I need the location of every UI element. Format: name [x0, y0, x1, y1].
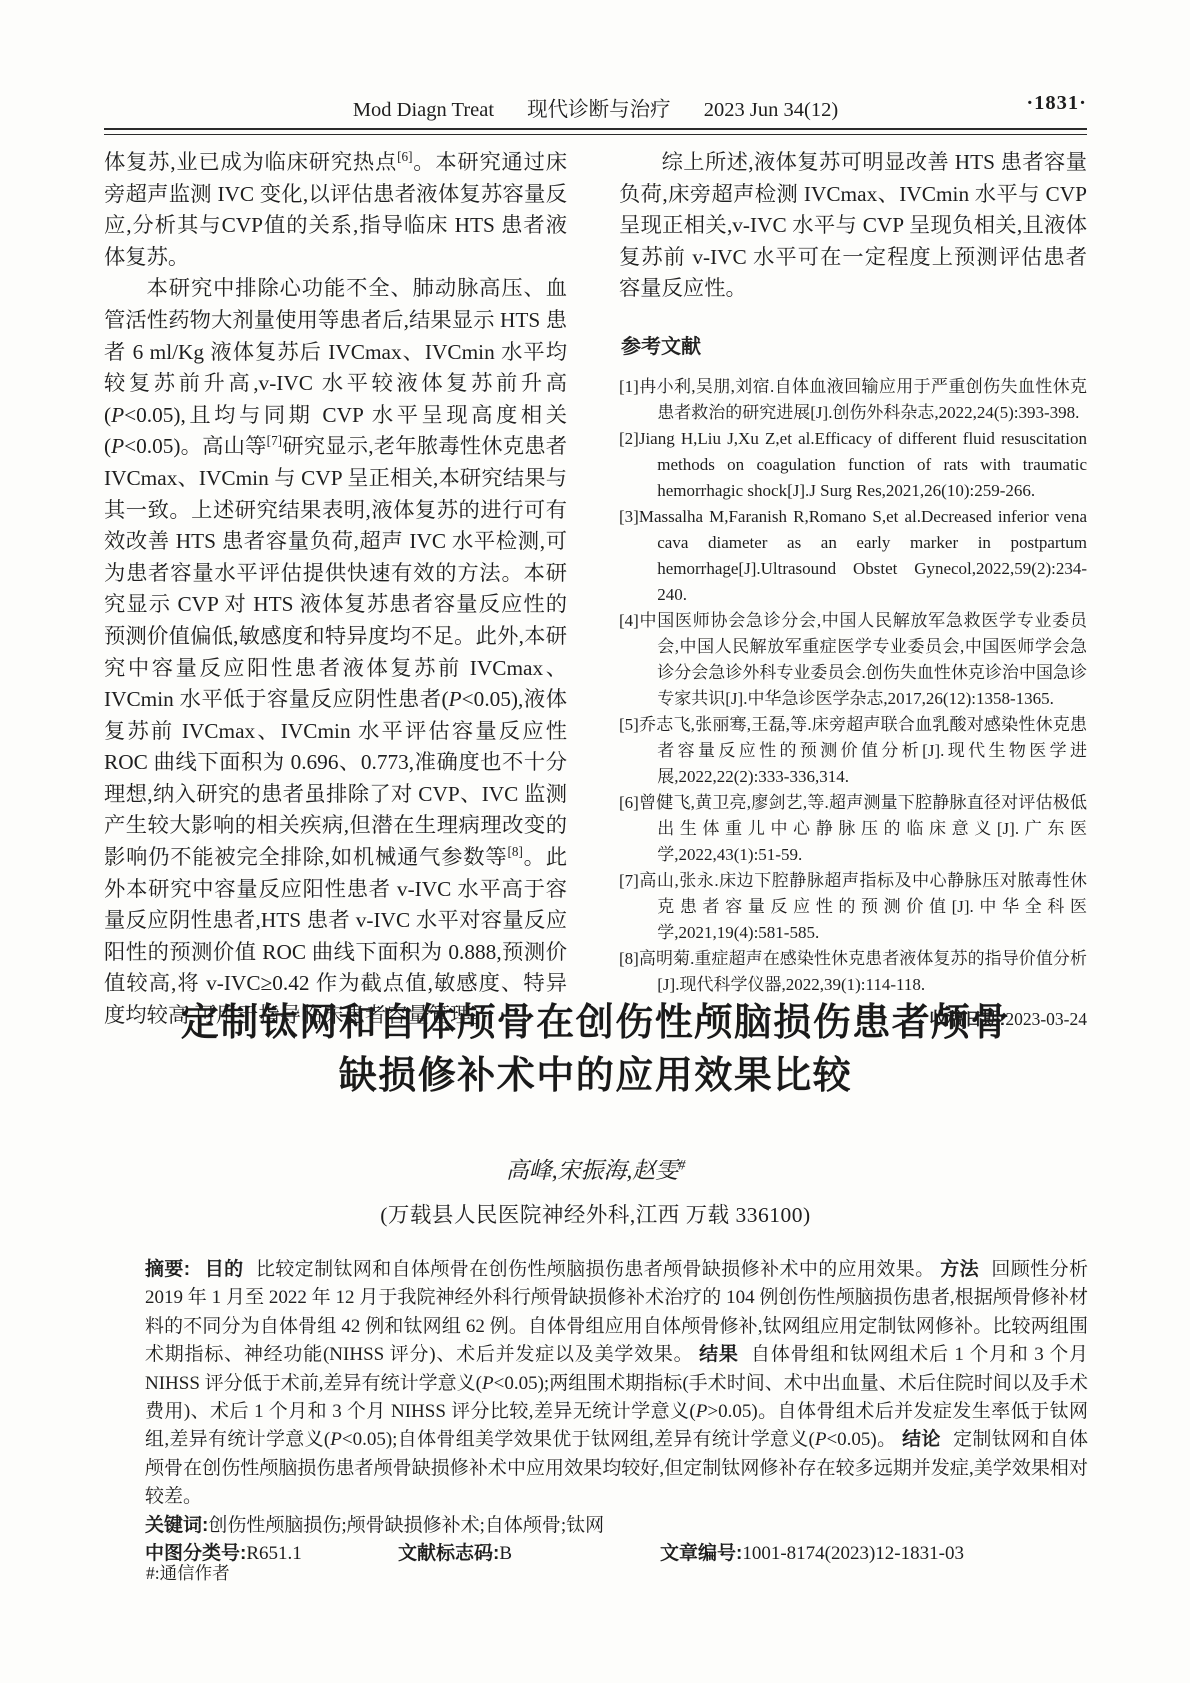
- article-title: 定制钛网和自体颅骨在创伤性颅脑损伤患者颅骨 缺损修补术中的应用效果比较: [104, 997, 1087, 1103]
- abstract-objective-label: 目的: [204, 1259, 243, 1280]
- doc-code-value: B: [499, 1543, 512, 1564]
- journal-title-cn: 现代诊断与治疗: [527, 99, 671, 121]
- article-no-value: 1001-8174(2023)12-1831-03: [742, 1543, 964, 1564]
- abstract-text: 摘要:目的比较定制钛网和自体颅骨在创伤性颅脑损伤患者颅骨缺损修补术中的应用效果。…: [145, 1256, 1088, 1512]
- discussion-paragraph-continued: 体复苏,业已成为临床研究热点[6]。本研究通过床旁超声监测 IVC 变化,以评估…: [104, 147, 567, 273]
- header-divider: [104, 128, 1087, 135]
- journal-page: Mod Diagn Treat 现代诊断与治疗 2023 Jun 34(12) …: [0, 0, 1190, 1683]
- keywords-text: 创伤性颅脑损伤;颅骨缺损修补术;自体颅骨;钛网: [208, 1515, 604, 1536]
- reference-item: [1]冉小利,吴朋,刘宿.自体血液回输应用于严重创伤失血性休克患者救治的研究进展…: [619, 374, 1087, 426]
- reference-item: [2]Jiang H,Liu J,Xu Z,et al.Efficacy of …: [619, 426, 1087, 504]
- article-no-label: 文章编号:: [660, 1543, 742, 1564]
- reference-item: [6]曾健飞,黄卫亮,廖剑艺,等.超声测量下腔静脉直径对评估极低出生体重儿中心静…: [619, 790, 1087, 868]
- keywords-line: 关键词:创伤性颅脑损伤;颅骨缺损修补术;自体颅骨;钛网: [145, 1512, 1088, 1540]
- reference-item: [7]高山,张永.床边下腔静脉超声指标及中心静脉压对脓毒性休克患者容量反应性的预…: [619, 868, 1087, 946]
- article-title-line-2: 缺损修补术中的应用效果比较: [104, 1050, 1087, 1103]
- classification-line: 中图分类号:R651.1 文献标志码:B 文章编号:1001-8174(2023…: [145, 1540, 1088, 1568]
- left-column: 体复苏,业已成为临床研究热点[6]。本研究通过床旁超声监测 IVC 变化,以评估…: [104, 147, 567, 1032]
- authors: 高峰,宋振海,赵雯#: [104, 1152, 1087, 1185]
- reference-item: [3]Massalha M,Faranish R,Romano S,et al.…: [619, 504, 1087, 608]
- discussion-paragraph: 本研究中排除心功能不全、肺动脉高压、血管活性药物大剂量使用等患者后,结果显示 H…: [104, 273, 567, 1031]
- article-no-item: 文章编号:1001-8174(2023)12-1831-03: [660, 1540, 1088, 1568]
- article-title-line-1: 定制钛网和自体颅骨在创伤性颅脑损伤患者颅骨: [104, 997, 1087, 1050]
- corresponding-author-footnote: #:通信作者: [146, 1560, 230, 1585]
- abstract-conclusion-label: 结论: [902, 1429, 941, 1450]
- reference-item: [5]乔志飞,张丽骞,王磊,等.床旁超声联合血乳酸对感染性休克患者容量反应性的预…: [619, 712, 1087, 790]
- affiliation: (万载县人民医院神经外科,江西 万载 336100): [104, 1198, 1087, 1229]
- conclusion-paragraph: 综上所述,液体复苏可明显改善 HTS 患者容量负荷,床旁超声检测 IVCmax、…: [619, 147, 1087, 305]
- journal-issue: 2023 Jun 34(12): [704, 99, 838, 121]
- abstract-block: 摘要:目的比较定制钛网和自体颅骨在创伤性颅脑损伤患者颅骨缺损修补术中的应用效果。…: [145, 1256, 1088, 1568]
- page-number: ·1831·: [1026, 92, 1087, 115]
- reference-item: [8]高明菊.重症超声在感染性休克患者液体复苏的指导价值分析[J].现代科学仪器…: [619, 946, 1087, 998]
- right-column: 综上所述,液体复苏可明显改善 HTS 患者容量负荷,床旁超声检测 IVCmax、…: [619, 147, 1087, 1035]
- reference-list: [1]冉小利,吴朋,刘宿.自体血液回输应用于严重创伤失血性休克患者救治的研究进展…: [619, 374, 1087, 998]
- abstract-results-label: 结果: [699, 1344, 739, 1365]
- keywords-label: 关键词:: [145, 1515, 208, 1536]
- clc-value: R651.1: [246, 1543, 301, 1564]
- abstract-label: 摘要:: [145, 1259, 190, 1280]
- doc-code-label: 文献标志码:: [398, 1543, 499, 1564]
- journal-title-en: Mod Diagn Treat: [353, 99, 494, 121]
- doc-code-item: 文献标志码:B: [398, 1540, 660, 1568]
- abstract-objective-text: 比较定制钛网和自体颅骨在创伤性颅脑损伤患者颅骨缺损修补术中的应用效果。: [256, 1259, 935, 1280]
- page-header: Mod Diagn Treat 现代诊断与治疗 2023 Jun 34(12) …: [104, 92, 1087, 122]
- references-heading: 参考文献: [621, 332, 1087, 364]
- reference-item: [4]中国医师协会急诊分会,中国人民解放军急救医学专业委员会,中国人民解放军重症…: [619, 608, 1087, 712]
- abstract-methods-label: 方法: [940, 1259, 979, 1280]
